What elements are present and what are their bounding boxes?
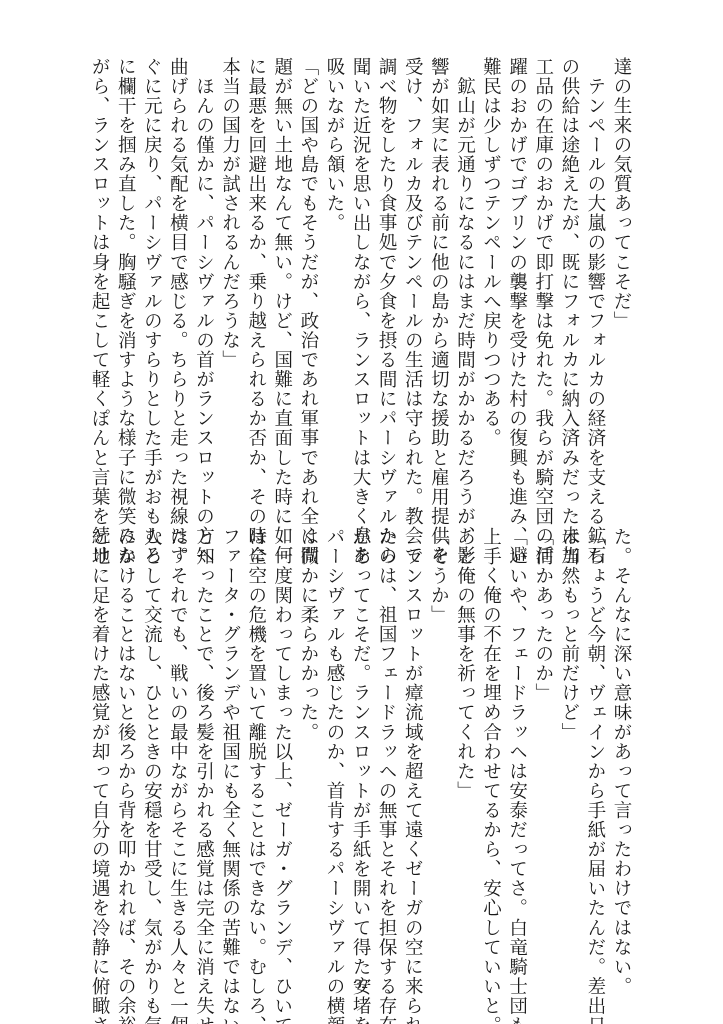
text-line: 上手く俺の不在を埋め合わせてるから、安心していいと。 [477, 527, 503, 959]
text-line: 調べ物をしたり食事処で夕食を摂る間にパーシヴァルから [373, 57, 399, 489]
text-line: と知ったことで、後ろ髪を引かれる感覚は完全に消え失せ [190, 527, 216, 959]
text-line: にかけることはないと後ろから背を叩かれれば、その余裕 [112, 527, 138, 959]
text-line: 「そうか」 [425, 527, 451, 959]
text-line: ファータ・グランデや祖国にも全く無関係の苦難ではない [217, 527, 243, 959]
text-line: 「どの国や島でもそうだが、政治であれ軍事であれ全く問 [295, 57, 321, 489]
text-block-top: 達の生来の気質あってこそだ」 テンペールの大嵐の影響でフォルカの経済を支える鉱石… [112, 57, 634, 489]
text-line: あと俺の無事を祈ってくれた」 [451, 527, 477, 959]
text-line: た。それでも、戦いの最中ながらそこに生きる人々と一個 [164, 527, 190, 959]
text-line: 「ちょうど今朝、ヴェインから手紙が届いたんだ。差出日 [582, 527, 608, 959]
text-line: は微かに柔らかかった。 [295, 527, 321, 959]
text-line: 本当の国力が試されるんだろうな」 [217, 57, 243, 489]
text-line: がら、ランスロットは身を起こして軽くぽんと言葉を続け [86, 57, 112, 489]
text-line: 達の生来の気質あってこそだ」 [608, 57, 634, 489]
text-line: 鉱山が元通りになるにはまだ時間がかかるだろうが、影 [451, 57, 477, 489]
text-line: と地に足を着けた感覚が却って自分の境遇を冷静に俯瞰さ [86, 527, 112, 959]
text-line: 題が無い土地なんて無い。けど、国難に直面した時に如何 [269, 57, 295, 489]
text-line: 聞いた近況を思い出しながら、ランスロットは大きく息を [347, 57, 373, 489]
text-line: たのは、祖国フェードラッヘの無事とそれを担保する存在 [373, 527, 399, 959]
text-line: 難民は少しずつテンペールへ戻りつつある。 [477, 57, 503, 489]
text-line: ぐに元に戻り、パーシヴァルのすらりとした手がおもむろ [138, 57, 164, 489]
text-line: ランスロットが瘴流域を超えて遠くゼーガの空に来られ [399, 527, 425, 959]
text-line: に最悪を回避出来るか、乗り越えられるか否か、その時に [243, 57, 269, 489]
text-line: に欄干を掴み直した。胸騒ぎを消すような様子に微笑みな [112, 57, 138, 489]
text-line: 一度関わってしまった以上、ゼーガ・グランデ、ひいて [269, 527, 295, 959]
text-line: 響が如実に表れる前に他の島から適切な援助と雇用提供を [425, 57, 451, 489]
text-block-bottom: た。そんなに深い意味があって言ったわけではない。 「ちょうど今朝、ヴェインから手… [112, 527, 634, 959]
text-line: は当然もっと前だけど」 [556, 527, 582, 959]
text-line: た。そんなに深い意味があって言ったわけではない。 [608, 527, 634, 959]
text-line: があってこそだ。ランスロットが手紙を開いて得た安堵を [347, 527, 373, 959]
text-line: は全空の危機を置いて離脱することはできない。むしろ、 [243, 527, 269, 959]
text-line: 「いいや、フェードラッヘは安泰だってさ。白竜騎士団も [504, 527, 530, 959]
text-line: 受け、フォルカ及びテンペールの生活は守られた。教会で [399, 57, 425, 489]
page-number: 32 [0, 976, 723, 992]
text-line: ほんの僅かに、パーシヴァルの首がランスロットの方へ [190, 57, 216, 489]
text-line: 人として交流し、ひとときの安穏を甘受し、気がかりも気 [138, 527, 164, 959]
text-line: 曲げられる気配を横目で感じる。ちらりと走った視線はす [164, 57, 190, 489]
text-line: 吸いながら頷いた。 [321, 57, 347, 489]
text-line: パーシヴァルも感じたのか、首肯するパーシヴァルの横顔 [321, 527, 347, 959]
text-line: 「何かあったのか」 [530, 527, 556, 959]
text-line: テンペールの大嵐の影響でフォルカの経済を支える鉱石 [582, 57, 608, 489]
text-line: の供給は途絶えたが、既にフォルカに納入済みだった未加 [556, 57, 582, 489]
text-line: 工品の在庫のおかげで即打撃は免れた。我らが騎空団の活 [530, 57, 556, 489]
text-line: 躍のおかげでゴブリンの襲撃を受けた村の復興も進み、避 [504, 57, 530, 489]
